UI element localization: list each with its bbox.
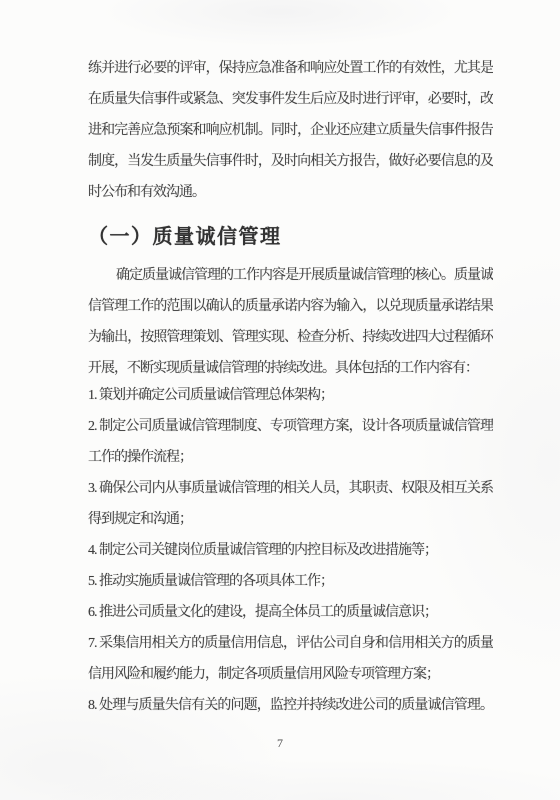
text-line: 进和完善应急预案和响应机制。同时，企业还应建立质量失信事件报告 xyxy=(88,115,493,146)
page-number: 7 xyxy=(0,736,560,751)
text-line: 在质量失信事件或紧急、突发事件发生后应及时进行评审，必要时，改 xyxy=(88,84,493,115)
paragraph-intro: 确定质量诚信管理的工作内容是开展质量诚信管理的核心。质量诚 信管理工作的范围以确… xyxy=(88,260,493,384)
list-item-line: 2. 制定公司质量诚信管理制度、专项管理方案，设计各项质量诚信管理 xyxy=(88,411,493,442)
text-line: 制度，当发生质量失信事件时，及时向相关方报告，做好必要信息的及 xyxy=(88,146,493,177)
list-item-line: 6. 推进公司质量文化的建设，提高全体员工的质量诚信意识； xyxy=(88,597,493,628)
list-item-line: 7. 采集信用相关方的质量信用信息，评估公司自身和信用相关方的质量 xyxy=(88,628,493,659)
list-item-line: 工作的操作流程； xyxy=(88,442,493,473)
text-line: 为输出，按照管理策划、管理实现、检查分析、持续改进四大过程循环 xyxy=(88,322,493,353)
numbered-list: 1. 策划并确定公司质量诚信管理总体架构； 2. 制定公司质量诚信管理制度、专项… xyxy=(88,380,493,721)
list-item-line: 4. 制定公司关键岗位质量诚信管理的内控目标及改进措施等； xyxy=(88,535,493,566)
text-line: 信管理工作的范围以确认的质量承诺内容为输入，以兑现质量承诺结果 xyxy=(88,291,493,322)
text-line: 时公布和有效沟通。 xyxy=(88,177,493,208)
text-line: 确定质量诚信管理的工作内容是开展质量诚信管理的核心。质量诚 xyxy=(88,260,493,291)
document-page: 练并进行必要的评审，保持应急准备和响应处置工作的有效性，尤其是 在质量失信事件或… xyxy=(0,0,560,800)
text-line: 练并进行必要的评审，保持应急准备和响应处置工作的有效性，尤其是 xyxy=(88,53,493,84)
list-item-line: 8. 处理与质量失信有关的问题，监控并持续改进公司的质量诚信管理。 xyxy=(88,690,493,721)
list-item-line: 1. 策划并确定公司质量诚信管理总体架构； xyxy=(88,380,493,411)
paragraph-continuation: 练并进行必要的评审，保持应急准备和响应处置工作的有效性，尤其是 在质量失信事件或… xyxy=(88,53,493,208)
section-heading: （一）质量诚信管理 xyxy=(88,224,282,250)
list-item-line: 信用风险和履约能力，制定各项质量信用风险专项管理方案； xyxy=(88,659,493,690)
list-item-line: 5. 推动实施质量诚信管理的各项具体工作； xyxy=(88,566,493,597)
list-item-line: 3. 确保公司内从事质量诚信管理的相关人员，其职责、权限及相互关系 xyxy=(88,473,493,504)
list-item-line: 得到规定和沟通； xyxy=(88,504,493,535)
